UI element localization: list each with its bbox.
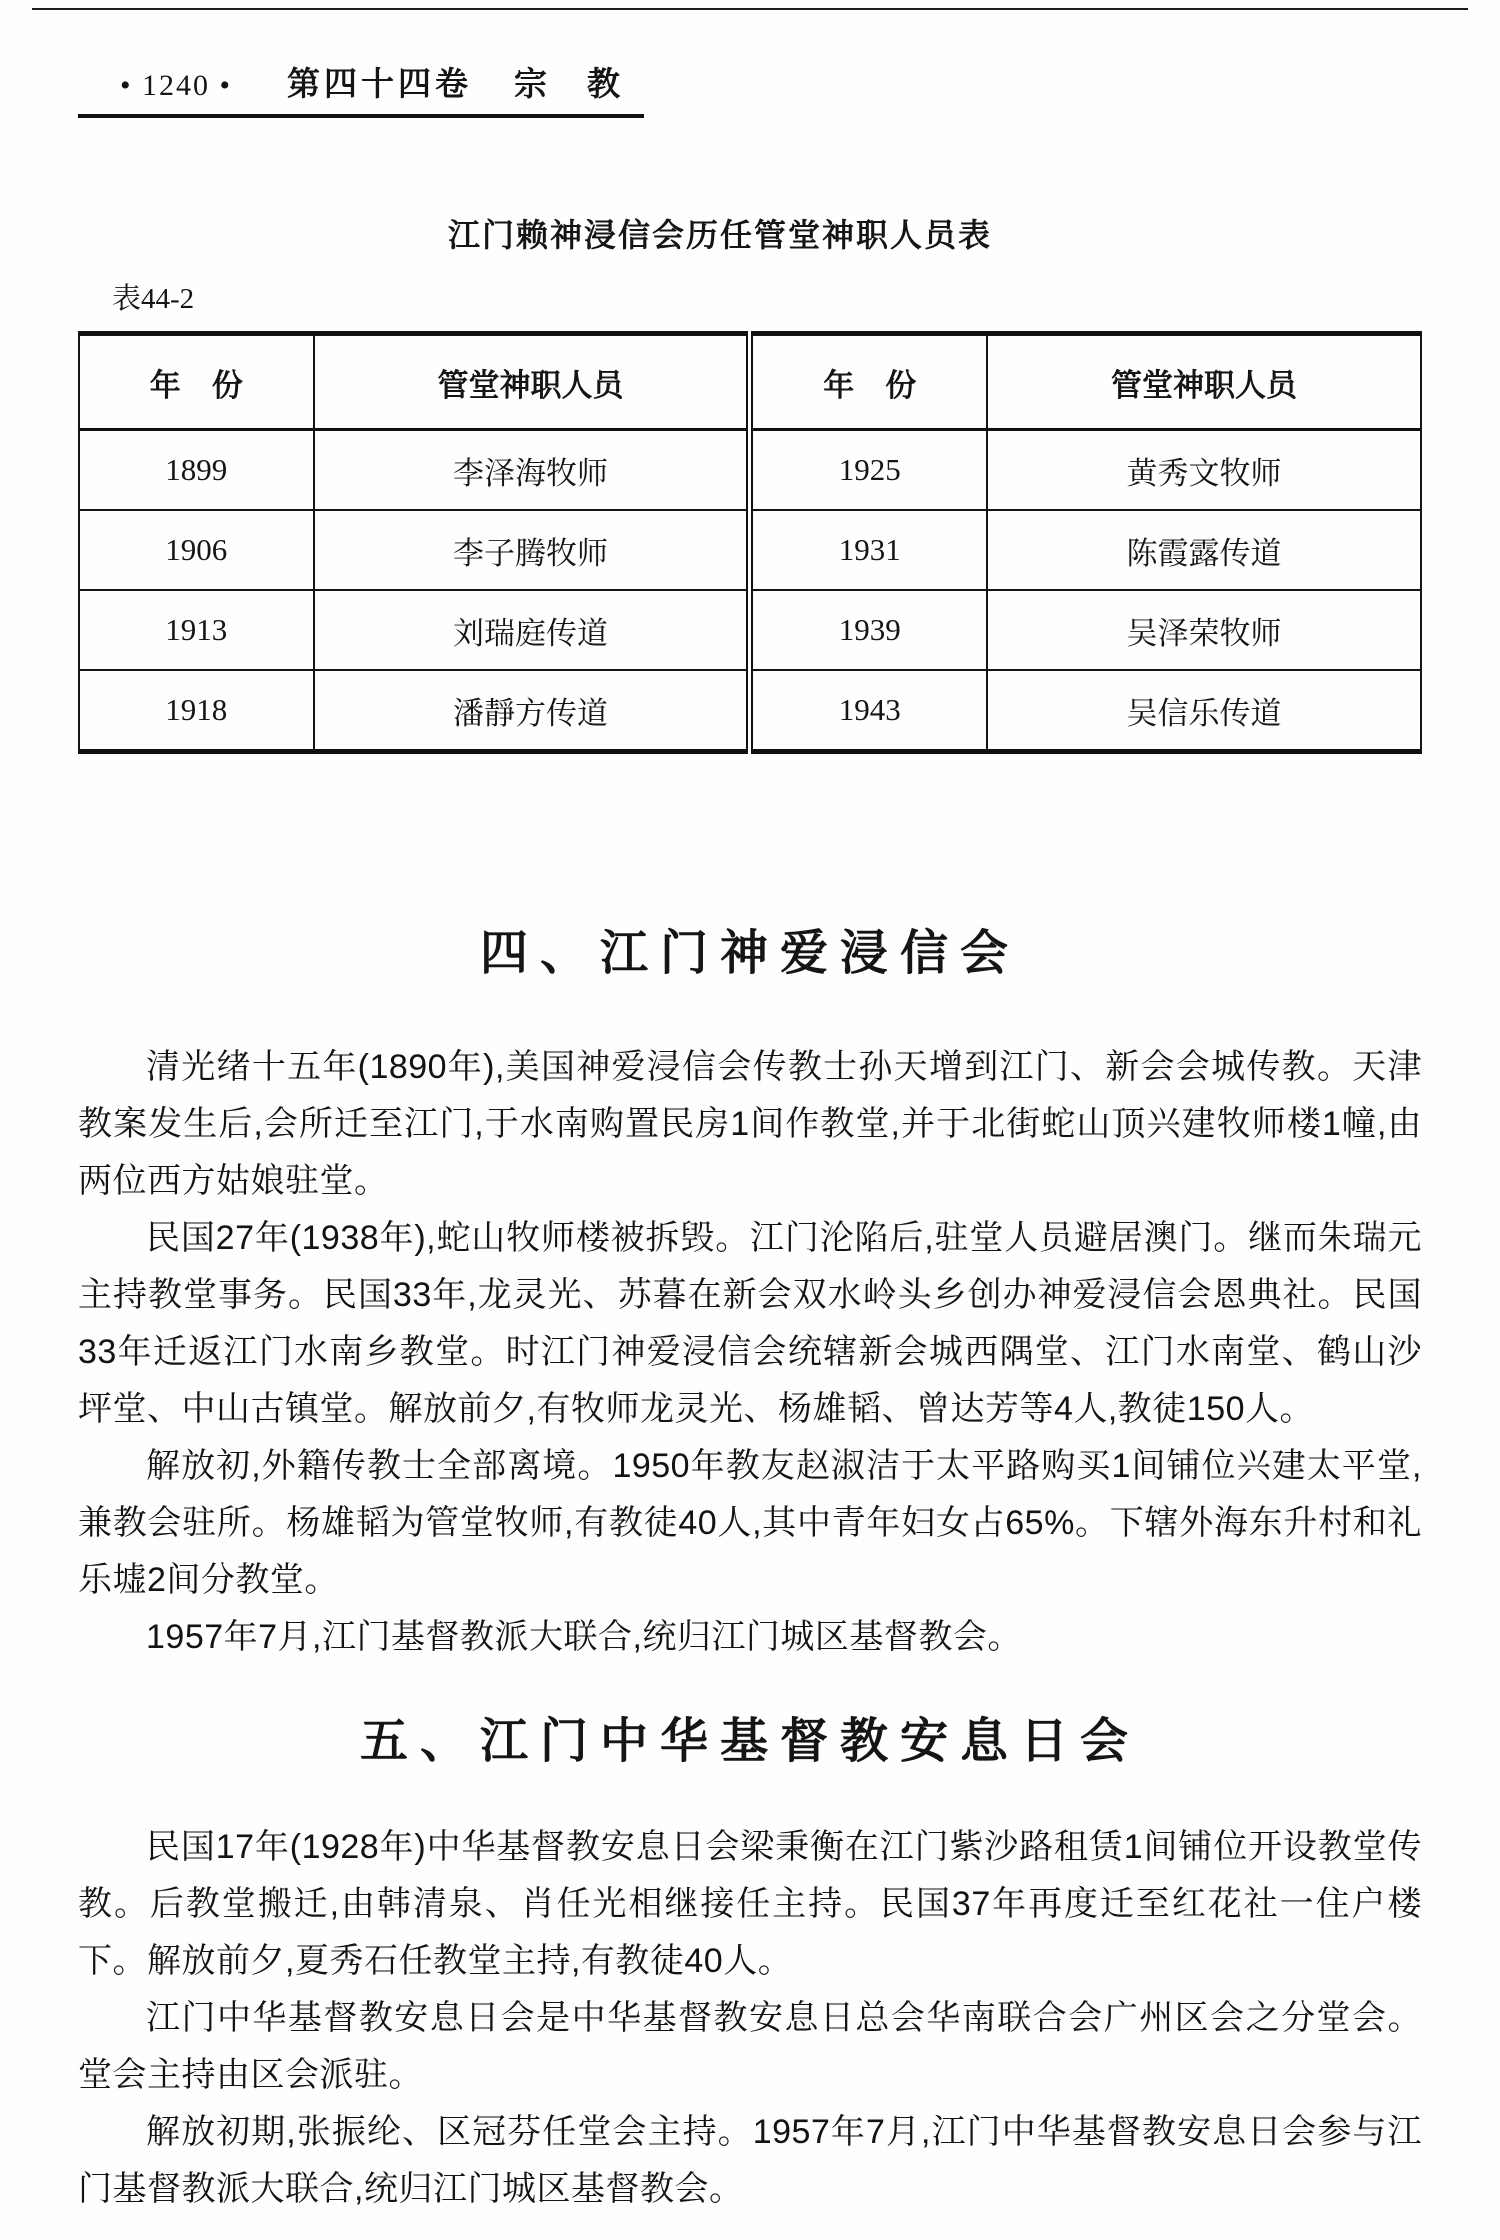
body-paragraph: 1957年7月,江门基督教派大联合,统归江门城区基督教会。: [78, 1609, 1422, 1666]
scanned-book-page: • 1240 • 第四十四卷 宗教 江门赖神浸信会历任管堂神职人员表 表44-2…: [0, 0, 1500, 2240]
table-title: 江门赖神浸信会历任管堂神职人员表: [48, 210, 1392, 256]
clergy-cell: 陈霞露传道: [987, 510, 1421, 590]
page-number: • 1240 •: [120, 69, 232, 103]
year-cell: 1939: [750, 590, 987, 670]
clergy-cell: 刘瑞庭传道: [314, 590, 750, 670]
year-cell: 1918: [79, 670, 314, 752]
body-paragraph: 解放初期,张振纶、区冠芬任堂会主持。1957年7月,江门中华基督教安息日会参与江…: [78, 2104, 1422, 2218]
table-label: 表44-2: [112, 276, 1422, 317]
header-cell-person-right: 管堂神职人员: [987, 334, 1421, 430]
table-row: 1906 李子腾牧师 1931 陈霞露传道: [79, 510, 1421, 590]
body-paragraph: 江门中华基督教安息日会是中华基督教安息日总会华南联合会广州区会之分堂会。堂会主持…: [78, 1990, 1422, 2104]
running-head: • 1240 • 第四十四卷 宗教: [78, 58, 644, 118]
header-cell-year-left: 年 份: [79, 334, 314, 430]
section-heading-4: 四、江门神爱浸信会: [78, 914, 1422, 983]
subject-title: 宗教: [514, 58, 660, 105]
volume-title: 第四十四卷: [287, 58, 472, 105]
body-paragraph: 清光绪十五年(1890年),美国神爱浸信会传教士孙天增到江门、新会会城传教。天津…: [78, 1039, 1422, 1210]
clergy-table-head: 年 份 管堂神职人员 年 份 管堂神职人员: [79, 334, 1421, 430]
table-row: 1899 李泽海牧师 1925 黄秀文牧师: [79, 430, 1421, 511]
table-header-row: 年 份 管堂神职人员 年 份 管堂神职人员: [79, 334, 1421, 430]
body-paragraph: 民国27年(1938年),蛇山牧师楼被拆毁。江门沦陷后,驻堂人员避居澳门。继而朱…: [78, 1210, 1422, 1438]
header-cell-person-left: 管堂神职人员: [314, 334, 750, 430]
clergy-cell: 潘靜方传道: [314, 670, 750, 752]
clergy-cell: 李子腾牧师: [314, 510, 750, 590]
table-row: 1918 潘靜方传道 1943 吴信乐传道: [79, 670, 1421, 752]
clergy-cell: 吴信乐传道: [987, 670, 1421, 752]
table-row: 1913 刘瑞庭传道 1939 吴泽荣牧师: [79, 590, 1421, 670]
year-cell: 1925: [750, 430, 987, 511]
page-top-edge-line: [32, 8, 1468, 10]
section-4-body: 清光绪十五年(1890年),美国神爱浸信会传教士孙天增到江门、新会会城传教。天津…: [78, 1039, 1422, 1666]
year-cell: 1899: [79, 430, 314, 511]
clergy-table: 年 份 管堂神职人员 年 份 管堂神职人员 1899 李泽海牧师 1925 黄秀…: [78, 331, 1422, 754]
body-paragraph: 民国17年(1928年)中华基督教安息日会梁秉衡在江门紫沙路租赁1间铺位开设教堂…: [78, 1819, 1422, 1990]
clergy-cell: 黄秀文牧师: [987, 430, 1421, 511]
clergy-cell: 吴泽荣牧师: [987, 590, 1421, 670]
year-cell: 1906: [79, 510, 314, 590]
year-cell: 1931: [750, 510, 987, 590]
year-cell: 1943: [750, 670, 987, 752]
body-paragraph: 解放初,外籍传教士全部离境。1950年教友赵淑洁于太平路购买1间铺位兴建太平堂,…: [78, 1438, 1422, 1609]
section-heading-5: 五、江门中华基督教安息日会: [78, 1702, 1422, 1771]
clergy-table-body: 1899 李泽海牧师 1925 黄秀文牧师 1906 李子腾牧师 1931 陈霞…: [79, 430, 1421, 752]
clergy-cell: 李泽海牧师: [314, 430, 750, 511]
year-cell: 1913: [79, 590, 314, 670]
section-5-body: 民国17年(1928年)中华基督教安息日会梁秉衡在江门紫沙路租赁1间铺位开设教堂…: [78, 1819, 1422, 2218]
header-cell-year-right: 年 份: [750, 334, 987, 430]
